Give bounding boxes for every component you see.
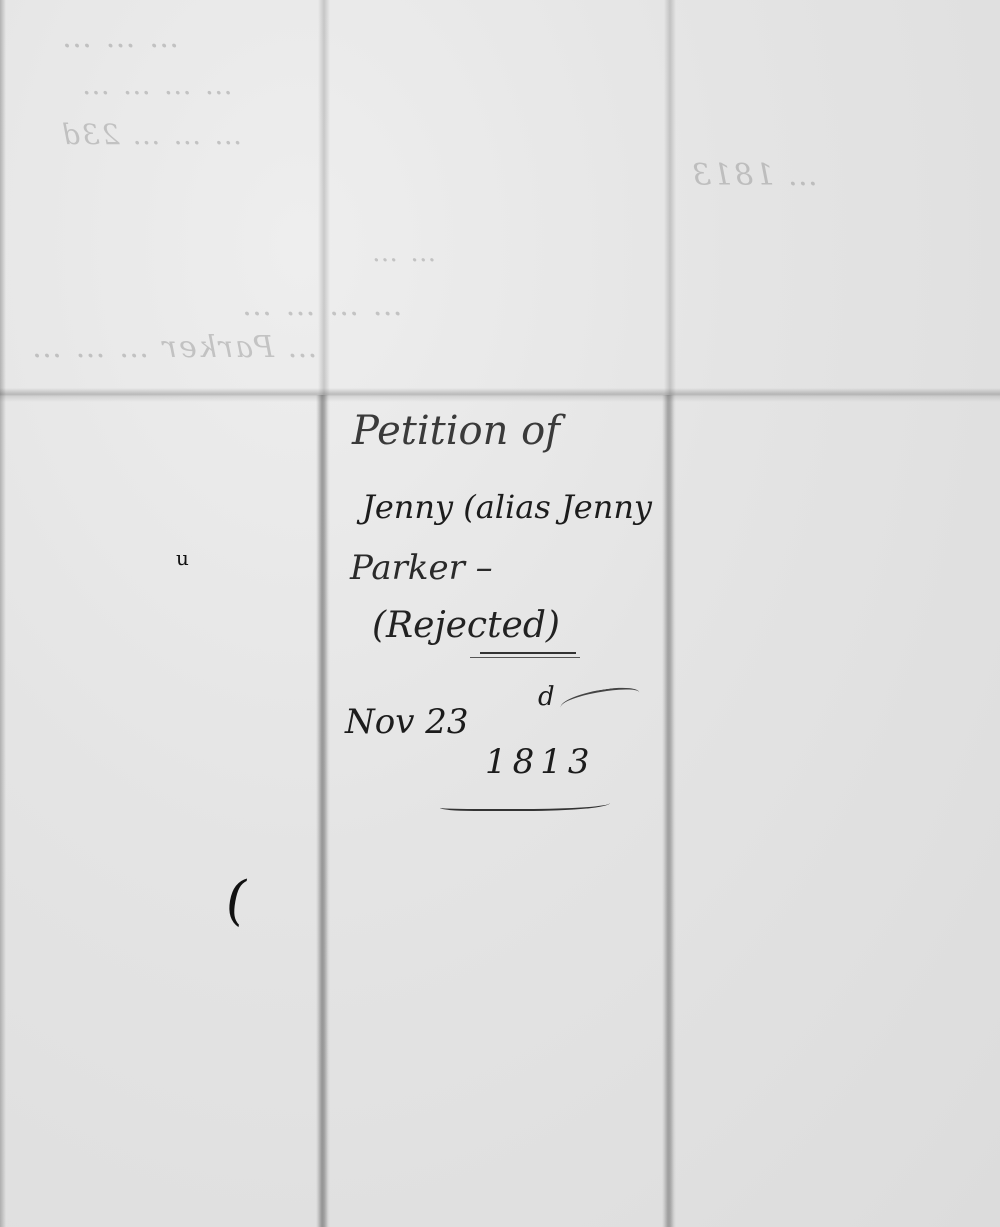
marginal-tick-mark: u [176, 546, 189, 570]
vertical-fold-crease-right [662, 395, 674, 1227]
status-underline [470, 657, 580, 658]
bleed-through-text: … 1813 [690, 158, 818, 193]
manuscript-page: … … … … … … … … … … 23d … 1813 … … … … …… [0, 0, 1000, 1227]
pen-flourish [559, 685, 641, 716]
docket-date-month-day: Nov 23 [345, 702, 469, 742]
horizontal-fold-line [0, 388, 1000, 402]
petition-status: (Rejected) [372, 605, 560, 646]
bleed-through-text: … … [370, 238, 436, 268]
bleed-through-text: … … … … [240, 288, 403, 323]
vertical-fold-crease-left [316, 395, 328, 1227]
signature-flourish [440, 795, 610, 811]
petitioner-name-line1: Jenny (alias Jenny [362, 488, 652, 526]
docket-date-suffix: d [538, 682, 555, 712]
paper-edge-shadow [0, 0, 6, 1227]
petitioner-name-line2: Parker – [350, 548, 493, 588]
status-underline [480, 652, 576, 654]
bleed-through-text: … Parker … … … [30, 330, 317, 365]
marginal-bracket-mark: ( [221, 867, 253, 933]
bleed-through-text: … … … [60, 20, 179, 55]
bleed-through-text: … … … … [80, 68, 233, 101]
bleed-through-text: … … … 23d [60, 118, 242, 151]
docket-date-year: 1813 [485, 742, 596, 782]
docket-title: Petition of [352, 408, 560, 454]
